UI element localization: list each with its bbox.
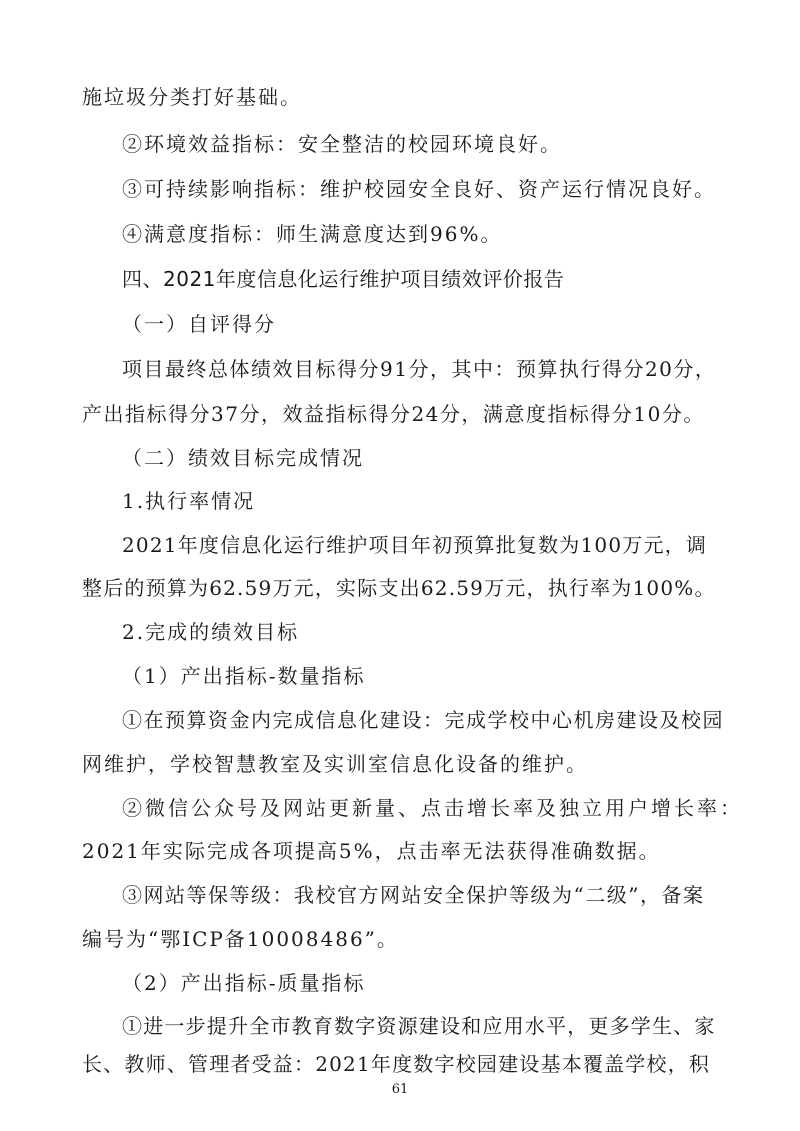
- page-number: 61: [0, 1082, 800, 1097]
- quantity-item-3-line-1: ③网站等保等级：我校官方网站安全保护等级为“二级”，备案: [0, 881, 800, 909]
- satisfaction-indicator: ④满意度指标：师生满意度达到96%。: [0, 220, 800, 248]
- output-quantity-heading: （1）产出指标-数量指标: [0, 662, 800, 690]
- item-heading-execution-rate: 1.执行率情况: [0, 487, 800, 515]
- quantity-item-2-line-1: ②微信公众号及网站更新量、点击增长率及独立用户增长率：: [0, 794, 800, 822]
- subsection-heading-goal-completion: （二）绩效目标完成情况: [0, 444, 800, 472]
- quantity-item-1-line-1: ①在预算资金内完成信息化建设：完成学校中心机房建设及校园: [0, 706, 800, 734]
- quantity-item-3-line-2: 编号为“鄂ICP备10008486”。: [0, 925, 800, 953]
- execution-paragraph-line-1: 2021年度信息化运行维护项目年初预算批复数为100万元，调: [0, 531, 800, 559]
- score-paragraph-line-2: 产出指标得分37分，效益指标得分24分，满意度指标得分10分。: [0, 400, 800, 428]
- paragraph-line: 施垃圾分类打好基础。: [0, 83, 800, 111]
- quantity-item-1-line-2: 网维护，学校智慧教室及实训室信息化设备的维护。: [0, 750, 800, 778]
- output-quality-heading: （2）产出指标-质量指标: [0, 969, 800, 997]
- quality-item-1-line-1: ①进一步提升全市教育数字资源建设和应用水平，更多学生、家: [0, 1012, 800, 1040]
- sustainability-indicator: ③可持续影响指标：维护校园安全良好、资产运行情况良好。: [0, 175, 800, 203]
- section-heading: 四、2021年度信息化运行维护项目绩效评价报告: [0, 265, 800, 293]
- subsection-heading-self-score: （一）自评得分: [0, 310, 800, 338]
- env-benefit-indicator: ②环境效益指标：安全整洁的校园环境良好。: [0, 130, 800, 158]
- quantity-item-2-line-2: 2021年实际完成各项提高5%，点击率无法获得准确数据。: [0, 837, 800, 865]
- execution-paragraph-line-2: 整后的预算为62.59万元，实际支出62.59万元，执行率为100%。: [0, 574, 800, 602]
- score-paragraph-line-1: 项目最终总体绩效目标得分91分，其中：预算执行得分20分，: [0, 355, 800, 383]
- quality-item-1-line-2: 长、教师、管理者受益：2021年度数字校园建设基本覆盖学校，积: [0, 1050, 800, 1078]
- item-heading-completed-goals: 2.完成的绩效目标: [0, 618, 800, 646]
